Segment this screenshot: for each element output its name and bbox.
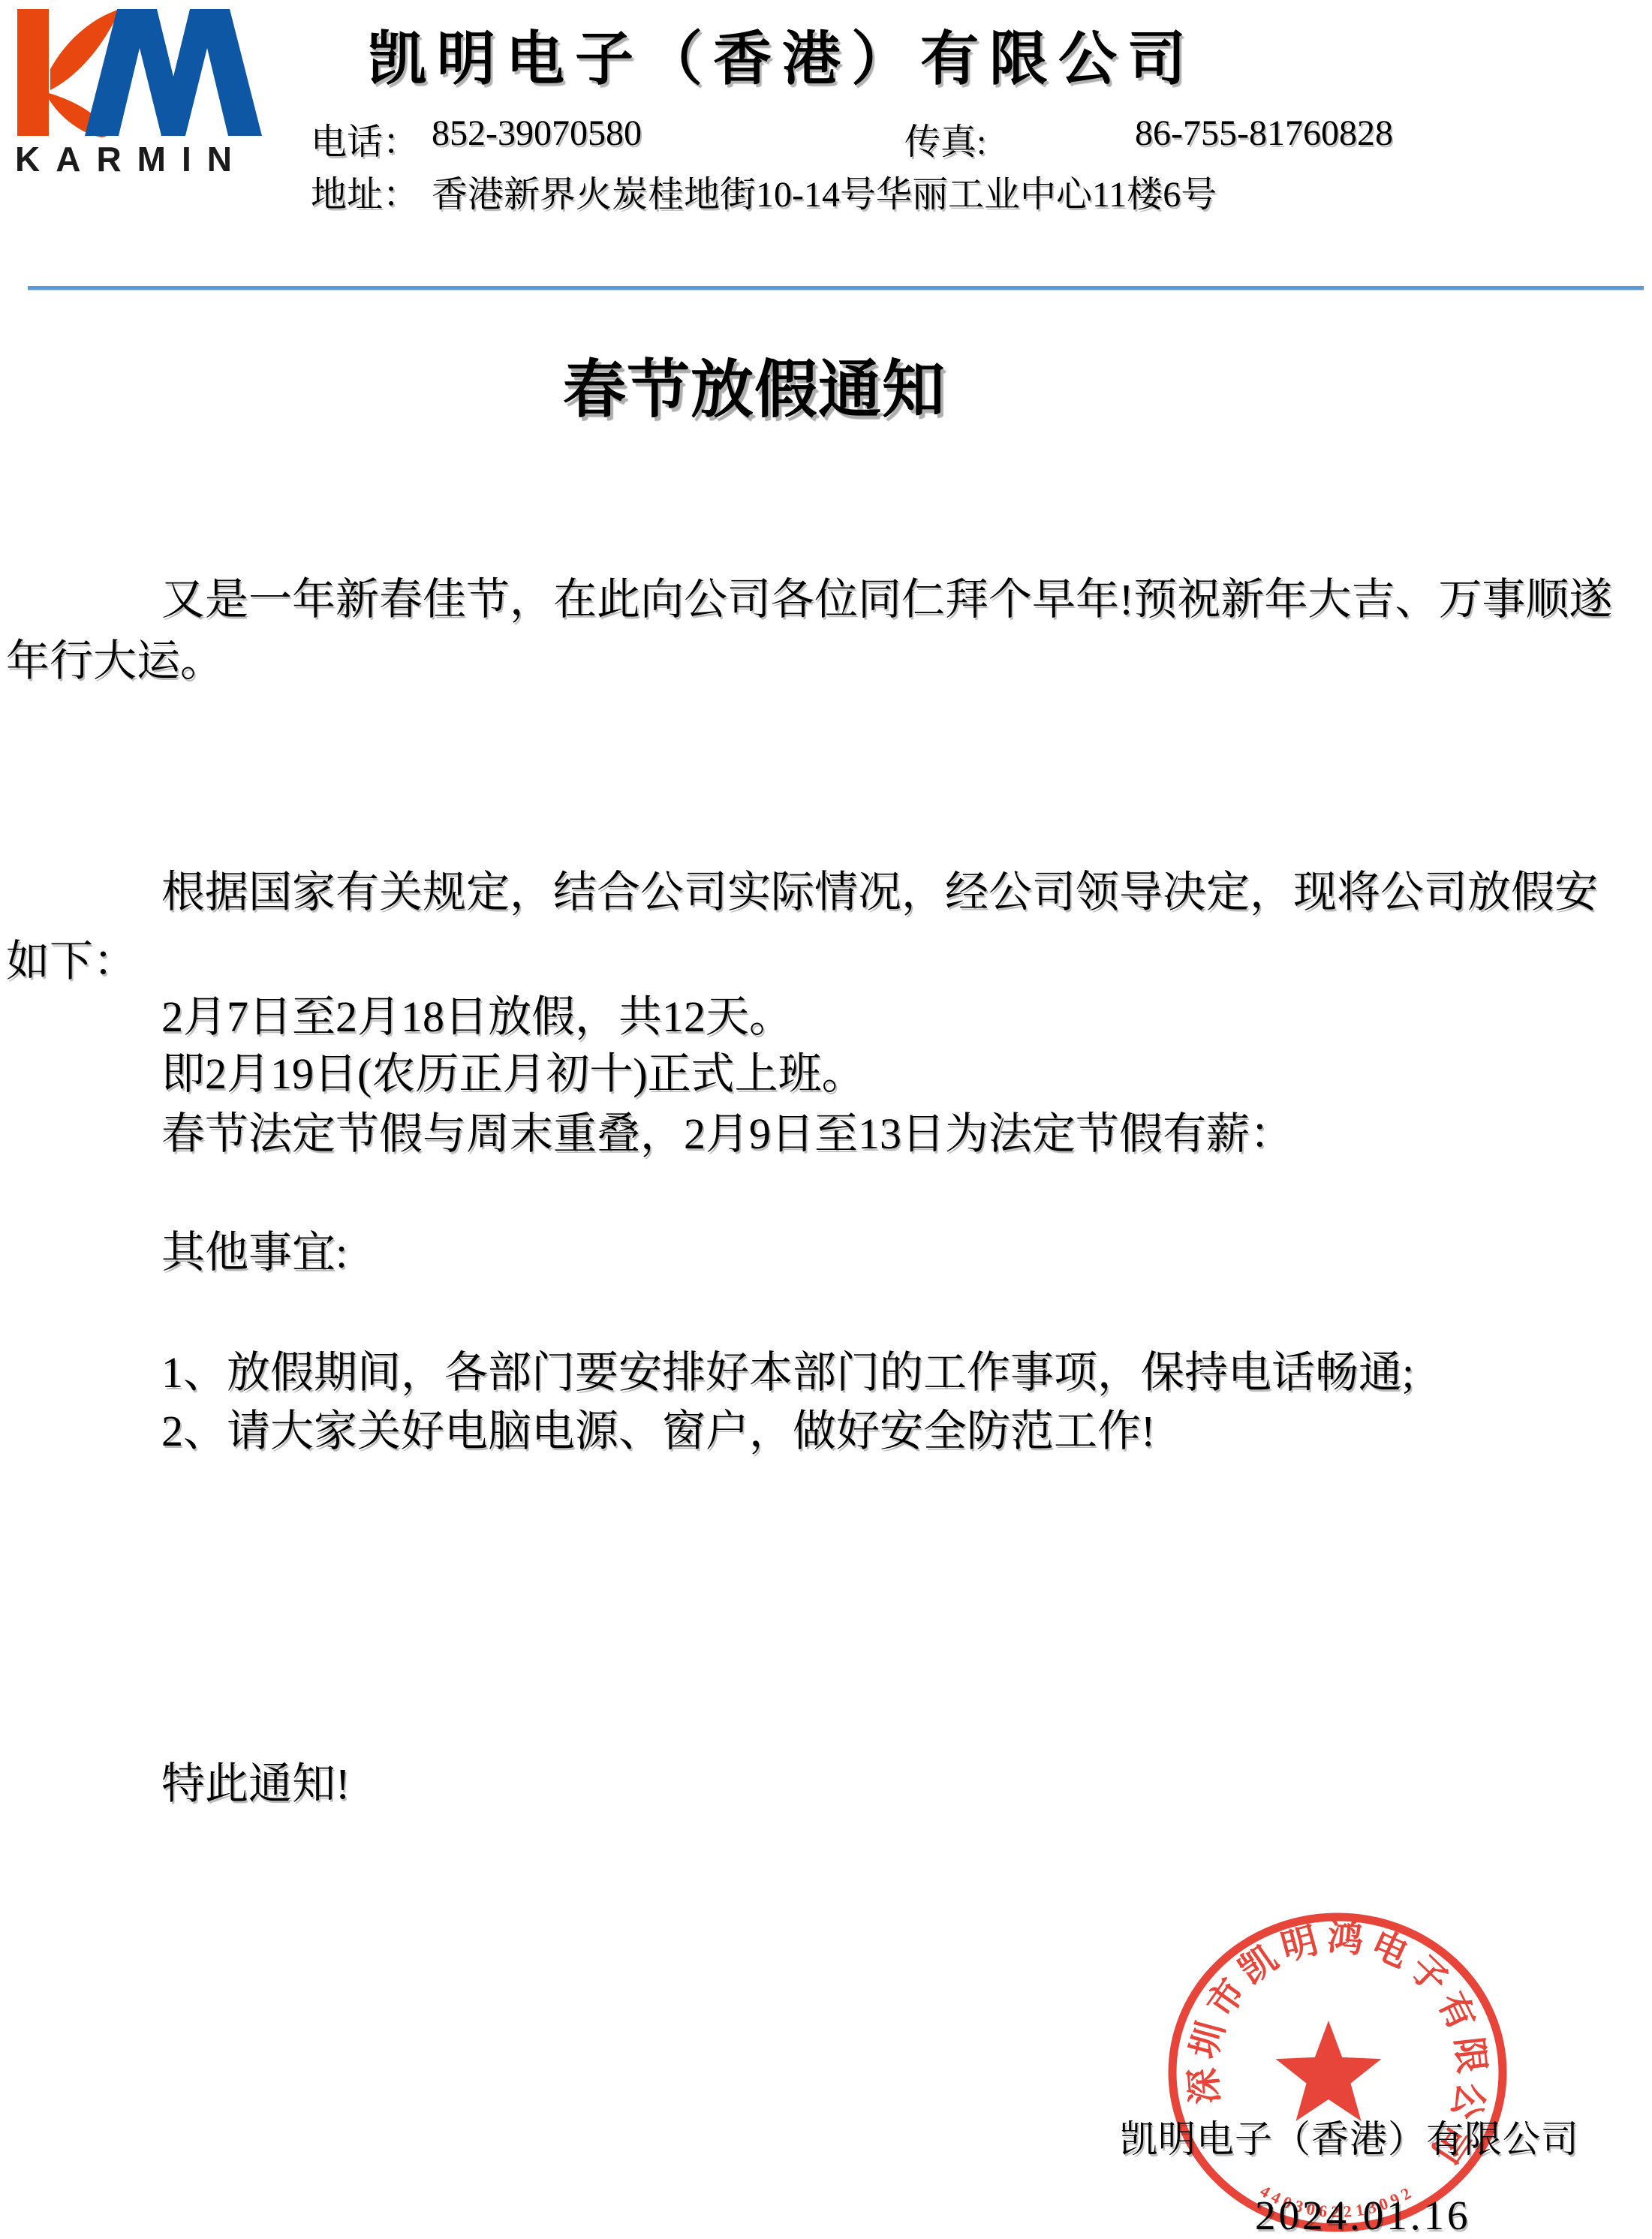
closing-line: 特此通知! <box>161 1762 350 1806</box>
address-value: 香港新界火炭桂地街10-14号华丽工业中心11楼6号 <box>432 165 1217 217</box>
logo-k-icon <box>17 9 49 136</box>
logo-wordmark: KARMIN <box>15 140 248 179</box>
list-item-2: 2、请大家关好电脑电源、窗户，做好安全防范工作! <box>161 1410 1155 1453</box>
header-divider-rule <box>28 286 1644 290</box>
list-item-1: 1、放假期间，各部门要安排好本部门的工作事项，保持电话畅通; <box>161 1351 1414 1395</box>
notice-page: KARMIN 凯明电子（香港）有限公司 电话： 852-39070580 传真:… <box>0 0 1652 2239</box>
stamp-star-icon <box>1276 2021 1382 2121</box>
company-stamp: 深圳市凯明鸿电子有限公司 4403062213092 <box>1160 1906 1512 2239</box>
phone-value: 852-39070580 <box>432 113 642 154</box>
schedule-line-2: 即2月19日(农历正月初十)正式上班。 <box>161 1052 865 1096</box>
phone-label: 电话： <box>311 113 419 164</box>
logo-m-icon <box>85 9 262 136</box>
fax-value: 86-755-81760828 <box>1135 113 1393 154</box>
schedule-line-1: 2月7日至2月18日放假，共12天。 <box>161 995 793 1039</box>
page-title: 春节放假通知 <box>563 339 946 430</box>
greeting-line-1: 又是一年新春佳节，在此向公司各位同仁拜个早年!预祝新年大吉、万事顺遂 <box>161 578 1612 621</box>
fax-label: 传真: <box>904 113 986 164</box>
other-matters-heading: 其他事宜: <box>161 1231 348 1274</box>
karmin-logo: KARMIN <box>8 5 263 181</box>
schedule-line-3: 春节法定节假与周末重叠，2月9日至13日为法定节假有薪： <box>161 1112 1293 1156</box>
policy-line-2: 如下： <box>6 940 137 983</box>
greeting-line-2: 年行大运。 <box>6 639 224 683</box>
address-label: 地址： <box>311 165 419 217</box>
policy-line-1: 根据国家有关规定，结合公司实际情况，经公司领导决定，现将公司放假安 <box>161 871 1598 914</box>
company-name: 凯明电子（香港）有限公司 <box>368 12 1196 96</box>
